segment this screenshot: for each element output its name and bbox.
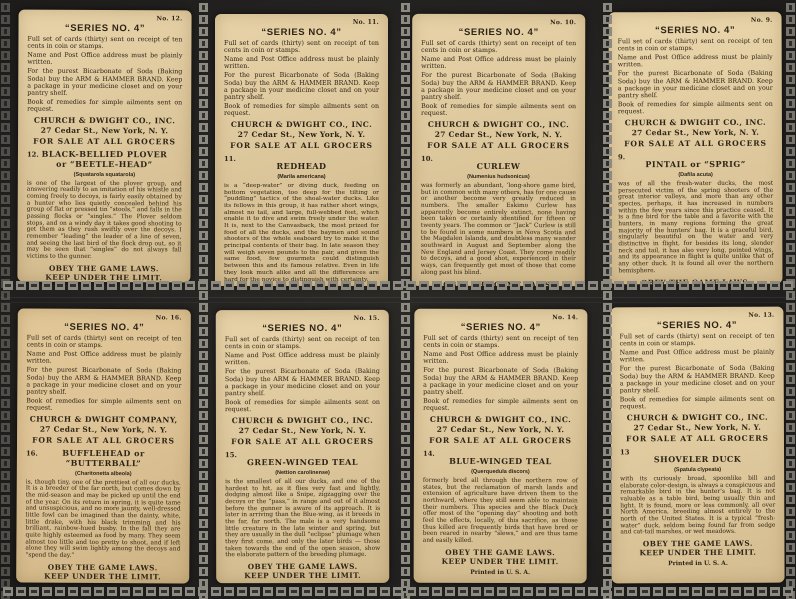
company-name: CHURCH & DWIGHT CO., INC. (618, 118, 773, 128)
bird-name: SHOVELER DUCK (654, 455, 741, 465)
bird-description: is one of the largest of the plover grou… (27, 180, 182, 261)
offer-text: Full set of cards (thirty) sent on recei… (423, 335, 578, 350)
bird-number: 15. (225, 451, 237, 459)
obey-lines: OBEY THE GAME LAWS. KEEP UNDER THE LIMIT… (423, 548, 578, 567)
company-address: 27 Cedar St., New York, N. Y. (27, 126, 182, 136)
series-title: “SERIES NO. 4” (618, 25, 773, 37)
obey-lines: OBEY THE GAME LAWS. KEEP UNDER THE LIMIT… (25, 562, 180, 581)
obey-line-2: KEEP UNDER THE LIMIT. (423, 557, 578, 567)
trading-card-no-13: No. 13. “SERIES NO. 4” Full set of cards… (610, 307, 784, 584)
latin-name: (Squatarola squatarola) (27, 171, 182, 178)
bird-title-row: 14. BLUE-WINGED TEAL (423, 449, 578, 468)
obey-line-2: KEEP UNDER THE LIMIT. (225, 571, 380, 580)
card-number-label: No. 13. (748, 312, 774, 319)
offer-text: Full set of cards (thirty) sent on recei… (620, 333, 775, 348)
company-address: 27 Cedar St., New York, N. Y. (423, 425, 578, 434)
series-title: “SERIES NO. 4” (423, 322, 578, 333)
stitch-seam-left (1, 0, 10, 599)
bird-title-row: 12. BLACK-BELLIED PLOVER or “BEETLE-HEAD… (27, 150, 182, 171)
latin-name: (Charitonetta albeola) (26, 470, 181, 477)
latin-name: (Numenius hudsonicus) (421, 174, 576, 180)
bird-title-row: 11. REDHEAD (224, 154, 379, 173)
bird-title-row: 10. CURLEW (421, 154, 576, 173)
pocket-seam-line (0, 302, 796, 303)
remedies-text: Book of remedies for simple ailments sen… (26, 397, 181, 412)
company-name: CHURCH & DWIGHT CO., INC. (423, 415, 578, 424)
offer-text: Full set of cards (thirty) sent on recei… (224, 40, 379, 54)
series-title: “SERIES NO. 4” (27, 322, 182, 334)
remedies-text: Book of remedies for simple ailments sen… (27, 99, 182, 114)
remedies-text: Book of remedies for simple ailments sen… (618, 101, 773, 116)
latin-name: (Marila americana) (224, 174, 379, 180)
offer-text: Full set of cards (thirty) sent on recei… (27, 36, 182, 51)
company-name: CHURCH & DWIGHT CO., INC. (224, 120, 379, 129)
obey-line-1: OBEY THE GAME LAWS. (423, 548, 578, 558)
stitch-seam-right (786, 0, 795, 599)
bird-description: is a “deep-water” or diving duck, feedin… (224, 183, 379, 283)
company-name: CHURCH & DWIGHT CO., INC. (27, 116, 182, 126)
company-address: 27 Cedar St., New York, N. Y. (620, 423, 775, 433)
card-number-label: No. 16. (156, 314, 182, 321)
bird-title-row: 9. PINTAIL or “SPRIG” (618, 152, 773, 172)
obey-lines: OBEY THE GAME LAWS. KEEP UNDER THE LIMIT… (620, 539, 775, 558)
brand-text: For the purest Bicarbonate of Soda (Baki… (620, 365, 775, 394)
address-instruction: Name and Post Office address must be pla… (27, 52, 182, 67)
grocers-line: FOR SALE AT ALL GROCERS (26, 436, 181, 446)
bird-name: PINTAIL or “SPRIG” (645, 160, 746, 170)
obey-line-1: OBEY THE GAME LAWS. (225, 562, 380, 571)
trading-card-no-15: No. 15. “SERIES NO. 4” Full set of cards… (216, 310, 389, 583)
series-title: “SERIES NO. 4” (619, 320, 774, 332)
latin-name: (Dafila acuta) (618, 172, 773, 179)
trading-card-no-14: No. 14. “SERIES NO. 4” Full set of cards… (414, 309, 588, 583)
bird-number: 16. (26, 450, 38, 458)
bird-name: REDHEAD (277, 162, 327, 172)
grocers-line: FOR SALE AT ALL GROCERS (27, 137, 182, 147)
trading-card-no-12: No. 12. “SERIES NO. 4” Full set of cards… (17, 10, 191, 283)
grocers-line: FOR SALE AT ALL GROCERS (620, 434, 775, 444)
company-address: 27 Cedar St., New York, N. Y. (225, 426, 380, 435)
printed-line: Printed in U. S. A. (621, 560, 776, 568)
latin-name: (Spatula clypeata) (620, 467, 775, 474)
trading-card-no-11: No. 11. “SERIES NO. 4” Full set of cards… (215, 14, 388, 286)
bird-title-row: 13 SHOVELER DUCK (620, 447, 775, 467)
address-instruction: Name and Post Office address must be pla… (618, 54, 773, 69)
brand-text: For the purest Bicarbonate of Soda (Baki… (421, 72, 576, 101)
bird-name: BUFFLEHEAD or “BUTTERBALL” (26, 449, 181, 469)
remedies-text: Book of remedies for simple ailments sen… (620, 396, 775, 411)
remedies-text: Book of remedies for simple ailments sen… (421, 103, 576, 117)
card-number-label: No. 15. (354, 315, 380, 322)
company-address: 27 Cedar St., New York, N. Y. (26, 425, 181, 435)
bird-name: BLACK-BELLIED PLOVER or “BEETLE-HEAD” (42, 150, 168, 170)
card-number-label: No. 12. (156, 15, 182, 22)
series-title: “SERIES NO. 4” (225, 323, 380, 334)
series-title: “SERIES NO. 4” (421, 27, 576, 38)
grocers-line: FOR SALE AT ALL GROCERS (224, 141, 379, 150)
stitch-seam-vertical-3 (603, 0, 612, 599)
obey-line-2: KEEP UNDER THE LIMIT. (25, 571, 180, 581)
card-number-label: No. 10. (550, 19, 576, 26)
bird-number: 13 (620, 448, 630, 456)
remedies-text: Book of remedies for simple ailments sen… (423, 398, 578, 413)
bird-title-row: 15. GREEN-WINGED TEAL (225, 450, 380, 469)
brand-text: For the purest Bicarbonate of Soda (Baki… (27, 68, 182, 97)
latin-name: (Nettion carolinense) (225, 470, 380, 476)
bird-title-row: 16. BUFFLEHEAD or “BUTTERBALL” (26, 449, 181, 471)
stitch-seam-vertical-1 (199, 0, 208, 599)
trading-card-no-16: No. 16. “SERIES NO. 4” Full set of cards… (16, 308, 191, 583)
grocers-line: FOR SALE AT ALL GROCERS (421, 141, 576, 150)
bird-description: with its curiously broad, spoonlike bill… (620, 476, 775, 537)
remedies-text: Book of remedies for simple ailments sen… (225, 399, 380, 413)
bird-description: is the smallest of all our ducks, and on… (225, 479, 380, 559)
bird-number: 11. (224, 155, 236, 163)
bird-description: is, though tiny, one of the prettiest of… (25, 479, 180, 560)
brand-text: For the purest Bicarbonate of Soda (Baki… (26, 367, 181, 396)
bird-name: GREEN-WINGED TEAL (247, 458, 358, 468)
company-address: 27 Cedar St., New York, N. Y. (618, 128, 773, 138)
brand-text: For the purest Bicarbonate of Soda (Baki… (618, 70, 773, 99)
grocers-line: FOR SALE AT ALL GROCERS (618, 139, 773, 149)
bird-name: BLUE-WINGED TEAL (449, 457, 552, 467)
brand-text: For the purest Bicarbonate of Soda (Baki… (225, 368, 380, 397)
stitch-seam-vertical-2 (401, 0, 410, 599)
card-album-page: No. 12. “SERIES NO. 4” Full set of cards… (0, 0, 796, 599)
printed-line: Printed in U. S. A. (423, 569, 578, 576)
card-number-label: No. 14. (552, 314, 578, 321)
bird-description: was formerly an abundant, ’long-shore ga… (421, 183, 576, 277)
company-address: 27 Cedar St., New York, N. Y. (224, 130, 379, 139)
address-instruction: Name and Post Office address must be pla… (26, 351, 181, 366)
company-address: 27 Cedar St., New York, N. Y. (421, 130, 576, 139)
trading-card-no-10: No. 10. “SERIES NO. 4” Full set of cards… (412, 14, 585, 286)
obey-lines: OBEY THE GAME LAWS. KEEP UNDER THE LIMIT… (225, 562, 380, 580)
bird-description: was of all the fresh-water ducks, the mo… (618, 181, 773, 275)
address-instruction: Name and Post Office address must be pla… (421, 56, 576, 70)
offer-text: Full set of cards (thirty) sent on recei… (225, 336, 380, 350)
offer-text: Full set of cards (thirty) sent on recei… (618, 38, 773, 53)
company-name: CHURCH & DWIGHT CO., INC. (421, 120, 576, 129)
bird-number: 9. (618, 153, 625, 161)
bird-name: CURLEW (477, 162, 521, 172)
trading-card-no-9: No. 9. “SERIES NO. 4” Full set of cards … (609, 12, 783, 285)
obey-line-2: KEEP UNDER THE LIMIT. (620, 548, 775, 558)
obey-line-1: OBEY THE GAME LAWS. (26, 263, 181, 273)
bird-description: formerly bred all through the northern r… (423, 478, 578, 545)
card-number-label: No. 11. (353, 19, 379, 26)
grocers-line: FOR SALE AT ALL GROCERS (423, 436, 578, 445)
grocers-line: FOR SALE AT ALL GROCERS (225, 437, 380, 446)
offer-text: Full set of cards (thirty) sent on recei… (27, 335, 182, 350)
bird-number: 10. (421, 155, 433, 163)
series-title: “SERIES NO. 4” (27, 23, 182, 35)
stitch-seam-bottom (0, 587, 796, 596)
stitch-seam-middle (0, 281, 796, 290)
company-name: CHURCH & DWIGHT CO., INC. (620, 413, 775, 423)
latin-name: (Querquedula discors) (423, 469, 578, 475)
offer-text: Full set of cards (thirty) sent on recei… (421, 40, 576, 54)
address-instruction: Name and Post Office address must be pla… (423, 351, 578, 366)
bird-number: 12. (27, 151, 39, 159)
address-instruction: Name and Post Office address must be pla… (224, 56, 379, 70)
company-name: CHURCH & DWIGHT COMPANY, (26, 415, 181, 425)
remedies-text: Book of remedies for simple ailments sen… (224, 103, 379, 117)
brand-text: For the purest Bicarbonate of Soda (Baki… (423, 367, 578, 396)
obey-lines: OBEY THE GAME LAWS. KEEP UNDER THE LIMIT… (26, 263, 181, 282)
address-instruction: Name and Post Office address must be pla… (620, 349, 775, 364)
company-name: CHURCH & DWIGHT CO., INC. (225, 416, 380, 425)
series-title: “SERIES NO. 4” (224, 27, 379, 38)
card-number-label: No. 9. (751, 17, 773, 24)
bird-number: 14. (423, 450, 435, 458)
address-instruction: Name and Post Office address must be pla… (225, 352, 380, 366)
brand-text: For the purest Bicarbonate of Soda (Baki… (224, 72, 379, 100)
pocket-seam-line (0, 297, 796, 298)
